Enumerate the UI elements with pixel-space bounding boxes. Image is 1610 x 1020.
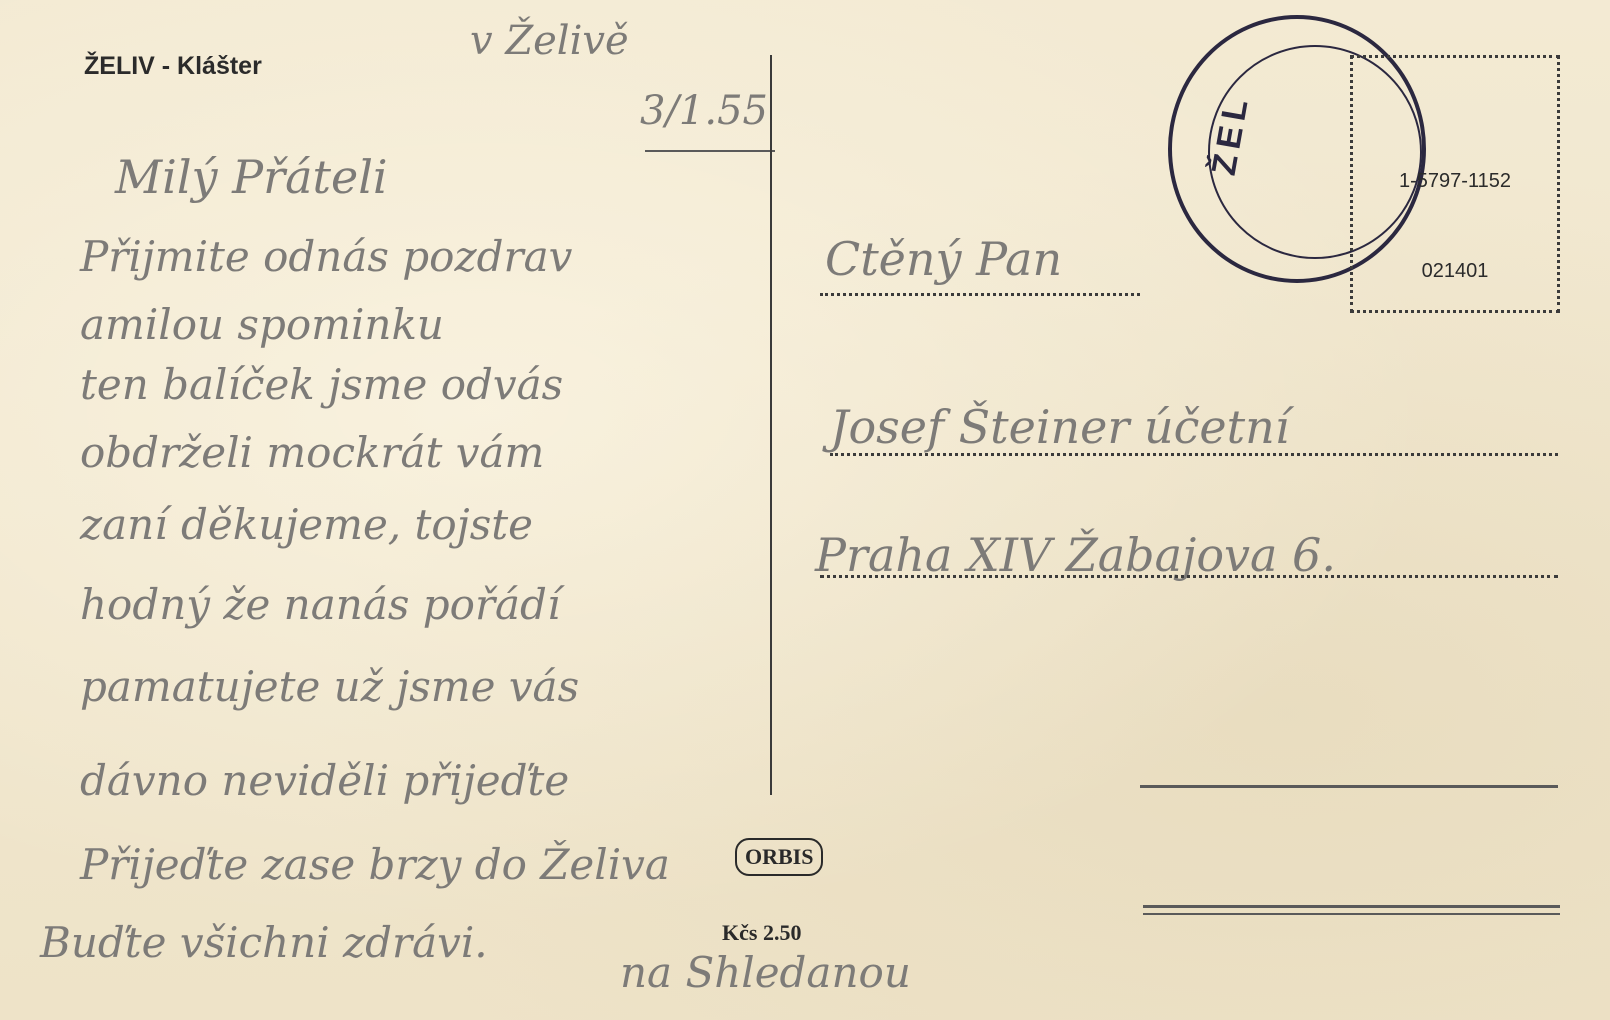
price-label: Kčs 2.50 [722, 920, 801, 946]
message-line: ten balíček jsme odvás [80, 360, 563, 409]
message-line: Přijeďte zase brzy do Želiva [80, 840, 670, 889]
address-line-4 [1140, 785, 1558, 788]
message-line: pamatujete už jsme vás [80, 662, 579, 711]
address-line-2 [830, 453, 1558, 456]
postcard-back: ŽELIV - Klášter v Želivě 3/1.55 Milý Přá… [0, 0, 1610, 1020]
publisher-logo: ORBIS [735, 838, 823, 876]
stamp-box: 1-5797-1152 021401 [1350, 55, 1560, 313]
address-line-1 [820, 293, 1140, 296]
date-underline [645, 150, 775, 152]
message-line: hodný že nanás pořádí [80, 580, 560, 629]
address-line-3 [820, 575, 1558, 578]
address-line-5 [1143, 905, 1560, 908]
stamp-code-bottom: 021401 [1353, 260, 1557, 283]
message-line: Přijmite odnás pozdrav [80, 232, 572, 281]
message-greeting: Milý Přáteli [115, 150, 388, 204]
message-closing: na Shledanou [620, 948, 911, 997]
address-name: Josef Šteiner účetní [830, 400, 1289, 454]
message-line: dávno neviděli přijeďte [80, 756, 569, 805]
center-divider [770, 55, 772, 795]
postcard-title: ŽELIV - Klášter [84, 52, 262, 81]
message-line: obdrželi mockrát vám [80, 428, 544, 477]
address-salutation: Ctěný Pan [825, 232, 1062, 286]
message-line: zaní děkujeme, tojste [80, 500, 533, 549]
address-line-5-double [1143, 913, 1560, 915]
date-written: 3/1.55 [640, 88, 768, 134]
address-street: Praha XIV Žabajova 6. [815, 528, 1336, 582]
message-line: amilou spominku [80, 300, 444, 349]
stamp-code-top: 1-5797-1152 [1353, 170, 1557, 193]
message-line: Buďte všichni zdrávi. [40, 918, 488, 967]
place-written: v Želivě [470, 18, 629, 64]
